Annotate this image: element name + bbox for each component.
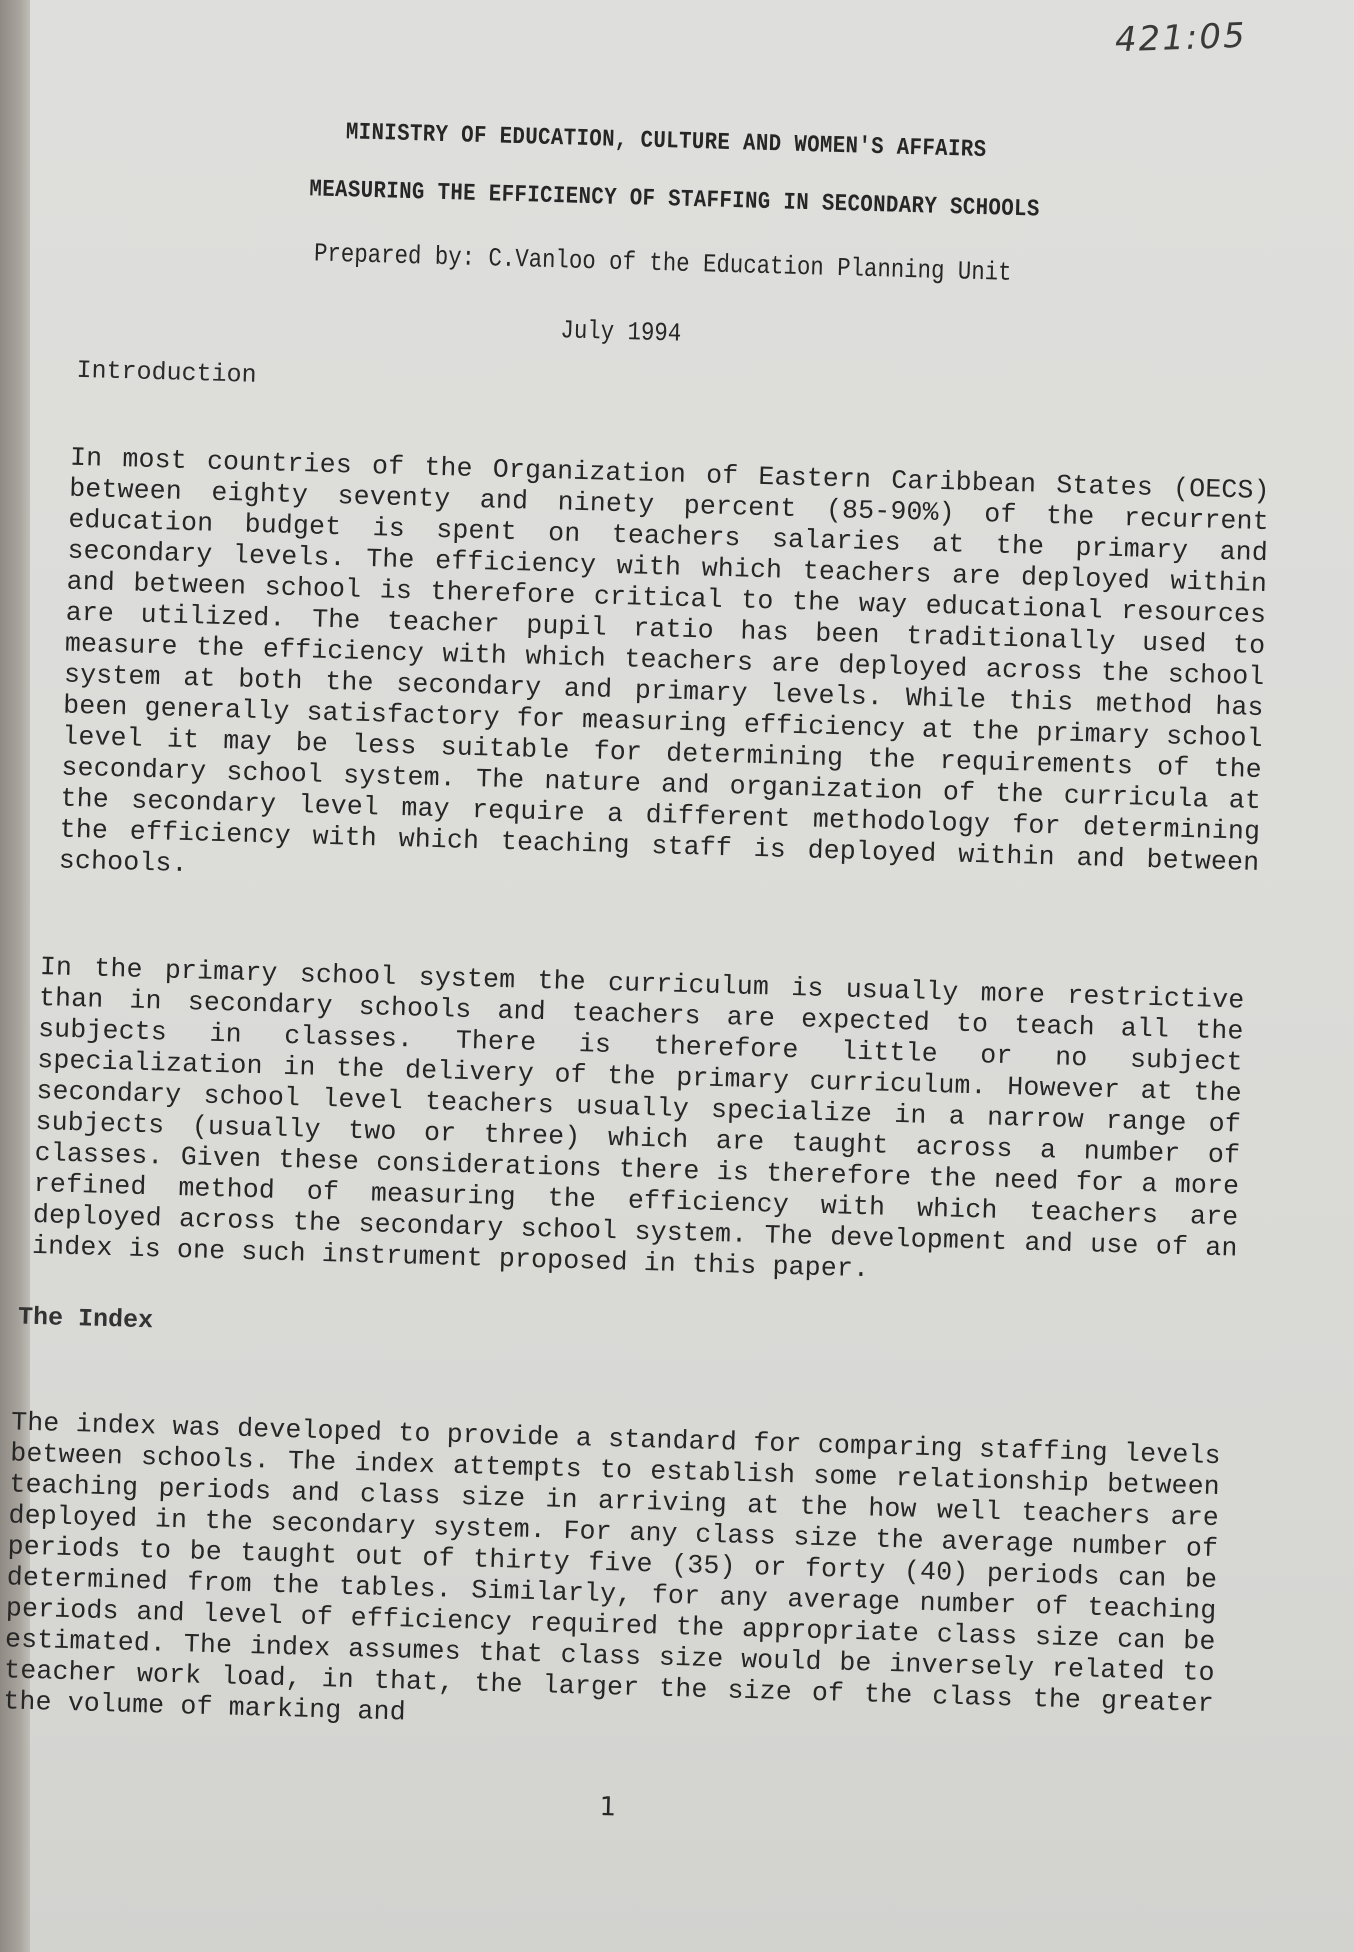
section-heading-introduction: Introduction <box>76 356 257 390</box>
section-heading-index: The Index <box>18 1303 154 1336</box>
intro-paragraph-2: In the primary school system the curricu… <box>32 951 1245 1295</box>
index-paragraph-1: The index was developed to provide a sta… <box>3 1407 1221 1751</box>
handwritten-note: 421:05 <box>1114 16 1247 61</box>
intro-paragraph-1: In most countries of the Organization of… <box>58 442 1270 909</box>
page-number: 1 <box>599 1792 616 1822</box>
